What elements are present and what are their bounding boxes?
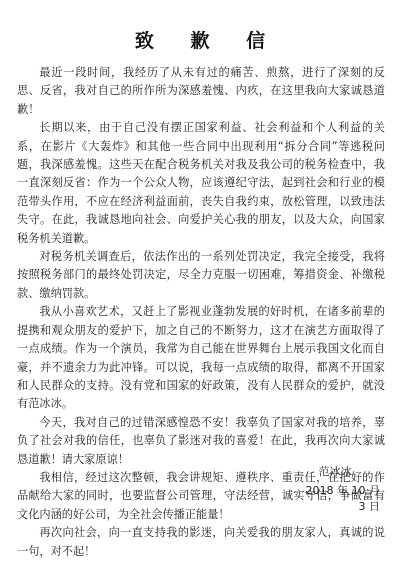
paragraph-1: 最近一段时间，我经历了从未有过的痛苦、煎熬，进行了深刻的反思、反省，我对自己的所… (17, 64, 385, 119)
letter-date: 2018 年 10 月 3 日 (300, 482, 380, 514)
paragraph-2: 长期以来，由于自己没有摆正国家利益、社会利益和个人利益的关系，在影片《大轰炸》和… (17, 119, 385, 248)
paragraph-5: 今天，我对自己的过错深感惶恐不安！我辜负了国家对我的培养，辜负了社会对我的信任，… (17, 414, 385, 469)
paragraph-3: 对税务机关调查后，依法作出的一系列处罚决定，我完全接受，我将按照税务部门的最终处… (17, 248, 385, 303)
letter-page: 致 歉 信 最近一段时间，我经历了从未有过的痛苦、煎熬，进行了深刻的反思、反省，… (0, 0, 400, 565)
paragraph-4: 我从小喜欢艺术，又赶上了影视业蓬勃发展的好时机，在诸多前辈的提携和观众朋友的爱护… (17, 303, 385, 413)
paragraph-7: 再次向社会，向一直支持我的影迷，向关爱我的朋友家人，真诚的说一句，对不起！ (17, 524, 385, 561)
signature: 范冰冰 (290, 463, 380, 479)
letter-title: 致 歉 信 (0, 26, 400, 53)
